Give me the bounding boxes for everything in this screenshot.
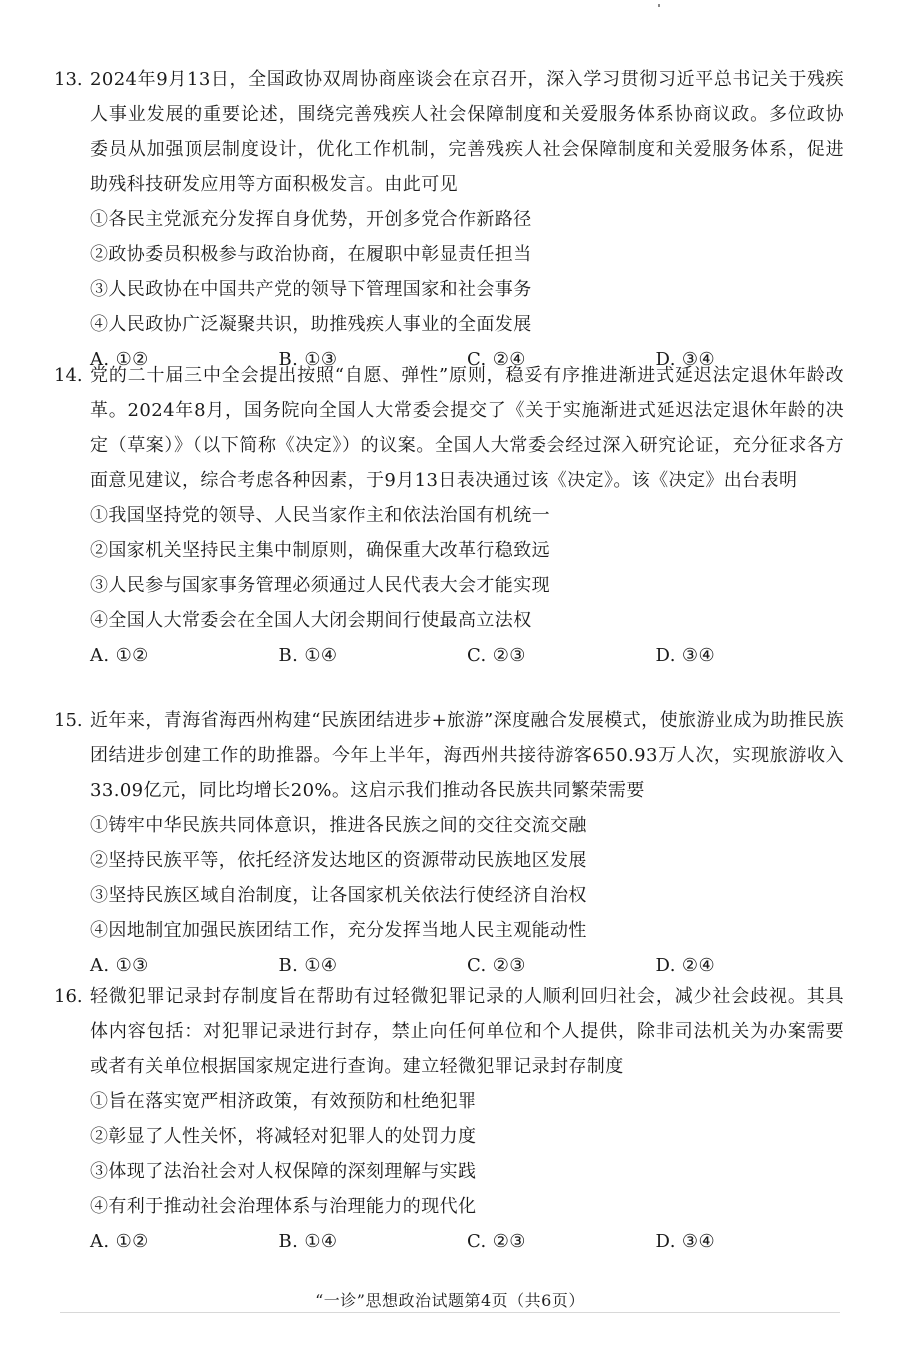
answer-d[interactable]: D. ②④ [656,948,845,983]
answer-c[interactable]: C. ②③ [467,638,656,673]
statement-3: ③体现了法治社会对人权保障的深刻理解与实践 [90,1154,844,1189]
statement-1: ①旨在落实宽严相济政策，有效预防和杜绝犯罪 [90,1084,844,1119]
statement-2: ②国家机关坚持民主集中制原则，确保重大改革行稳致远 [90,533,844,568]
answer-a[interactable]: A. ①② [90,1224,279,1259]
statement-2: ②坚持民族平等，依托经济发达地区的资源带动民族地区发展 [90,843,844,878]
question-15: 15. 近年来，青海省海西州构建“民族团结进步+旅游”深度融合发展模式，使旅游业… [54,703,844,983]
question-number: 16. [54,979,83,1014]
answer-b[interactable]: B. ①④ [279,948,468,983]
footer-divider [60,1312,840,1313]
question-16: 16. 轻微犯罪记录封存制度旨在帮助有过轻微犯罪记录的人顺利回归社会，减少社会歧… [54,979,844,1259]
question-number: 13. [54,62,83,97]
answer-c[interactable]: C. ②③ [467,1224,656,1259]
statement-3: ③人民政协在中国共产党的领导下管理国家和社会事务 [90,272,844,307]
answer-b[interactable]: B. ①④ [279,1224,468,1259]
statement-1: ①我国坚持党的领导、人民当家作主和依法治国有机统一 [90,498,844,533]
answer-choices: A. ①② B. ①④ C. ②③ D. ③④ [90,638,844,673]
question-14: 14. 党的二十届三中全会提出按照“自愿、弹性”原则，稳妥有序推进渐进式延迟法定… [54,358,844,673]
statement-2: ②政协委员积极参与政治协商，在履职中彰显责任担当 [90,237,844,272]
statement-2: ②彰显了人性关怀，将减轻对犯罪人的处罚力度 [90,1119,844,1154]
statement-4: ④全国人大常委会在全国人大闭会期间行使最高立法权 [90,603,844,638]
exam-page: 13. 2024年9月13日，全国政协双周协商座谈会在京召开，深入学习贯彻习近平… [0,0,900,1363]
answer-d[interactable]: D. ③④ [656,1224,845,1259]
page-footer: “一诊”思想政治试题第4页（共6页） [0,1288,900,1311]
statement-3: ③坚持民族区域自治制度，让各国家机关依法行使经济自治权 [90,878,844,913]
question-13: 13. 2024年9月13日，全国政协双周协商座谈会在京召开，深入学习贯彻习近平… [54,62,844,377]
question-number: 14. [54,358,83,393]
statement-3: ③人民参与国家事务管理必须通过人民代表大会才能实现 [90,568,844,603]
answer-c[interactable]: C. ②③ [467,948,656,983]
statement-4: ④人民政协广泛凝聚共识，助推残疾人事业的全面发展 [90,307,844,342]
answer-a[interactable]: A. ①② [90,638,279,673]
statement-1: ①各民主党派充分发挥自身优势，开创多党合作新路径 [90,202,844,237]
answer-choices: A. ①③ B. ①④ C. ②③ D. ②④ [90,948,844,983]
question-stem: 轻微犯罪记录封存制度旨在帮助有过轻微犯罪记录的人顺利回归社会，减少社会歧视。其具… [90,979,844,1084]
scan-speck [658,4,660,7]
question-stem: 党的二十届三中全会提出按照“自愿、弹性”原则，稳妥有序推进渐进式延迟法定退休年龄… [90,358,844,498]
answer-choices: A. ①② B. ①④ C. ②③ D. ③④ [90,1224,844,1259]
statement-4: ④有利于推动社会治理体系与治理能力的现代化 [90,1189,844,1224]
answer-b[interactable]: B. ①④ [279,638,468,673]
statement-4: ④因地制宜加强民族团结工作，充分发挥当地人民主观能动性 [90,913,844,948]
question-stem: 近年来，青海省海西州构建“民族团结进步+旅游”深度融合发展模式，使旅游业成为助推… [90,703,844,808]
question-stem: 2024年9月13日，全国政协双周协商座谈会在京召开，深入学习贯彻习近平总书记关… [90,62,844,202]
answer-a[interactable]: A. ①③ [90,948,279,983]
answer-d[interactable]: D. ③④ [656,638,845,673]
statement-1: ①铸牢中华民族共同体意识，推进各民族之间的交往交流交融 [90,808,844,843]
question-number: 15. [54,703,83,738]
